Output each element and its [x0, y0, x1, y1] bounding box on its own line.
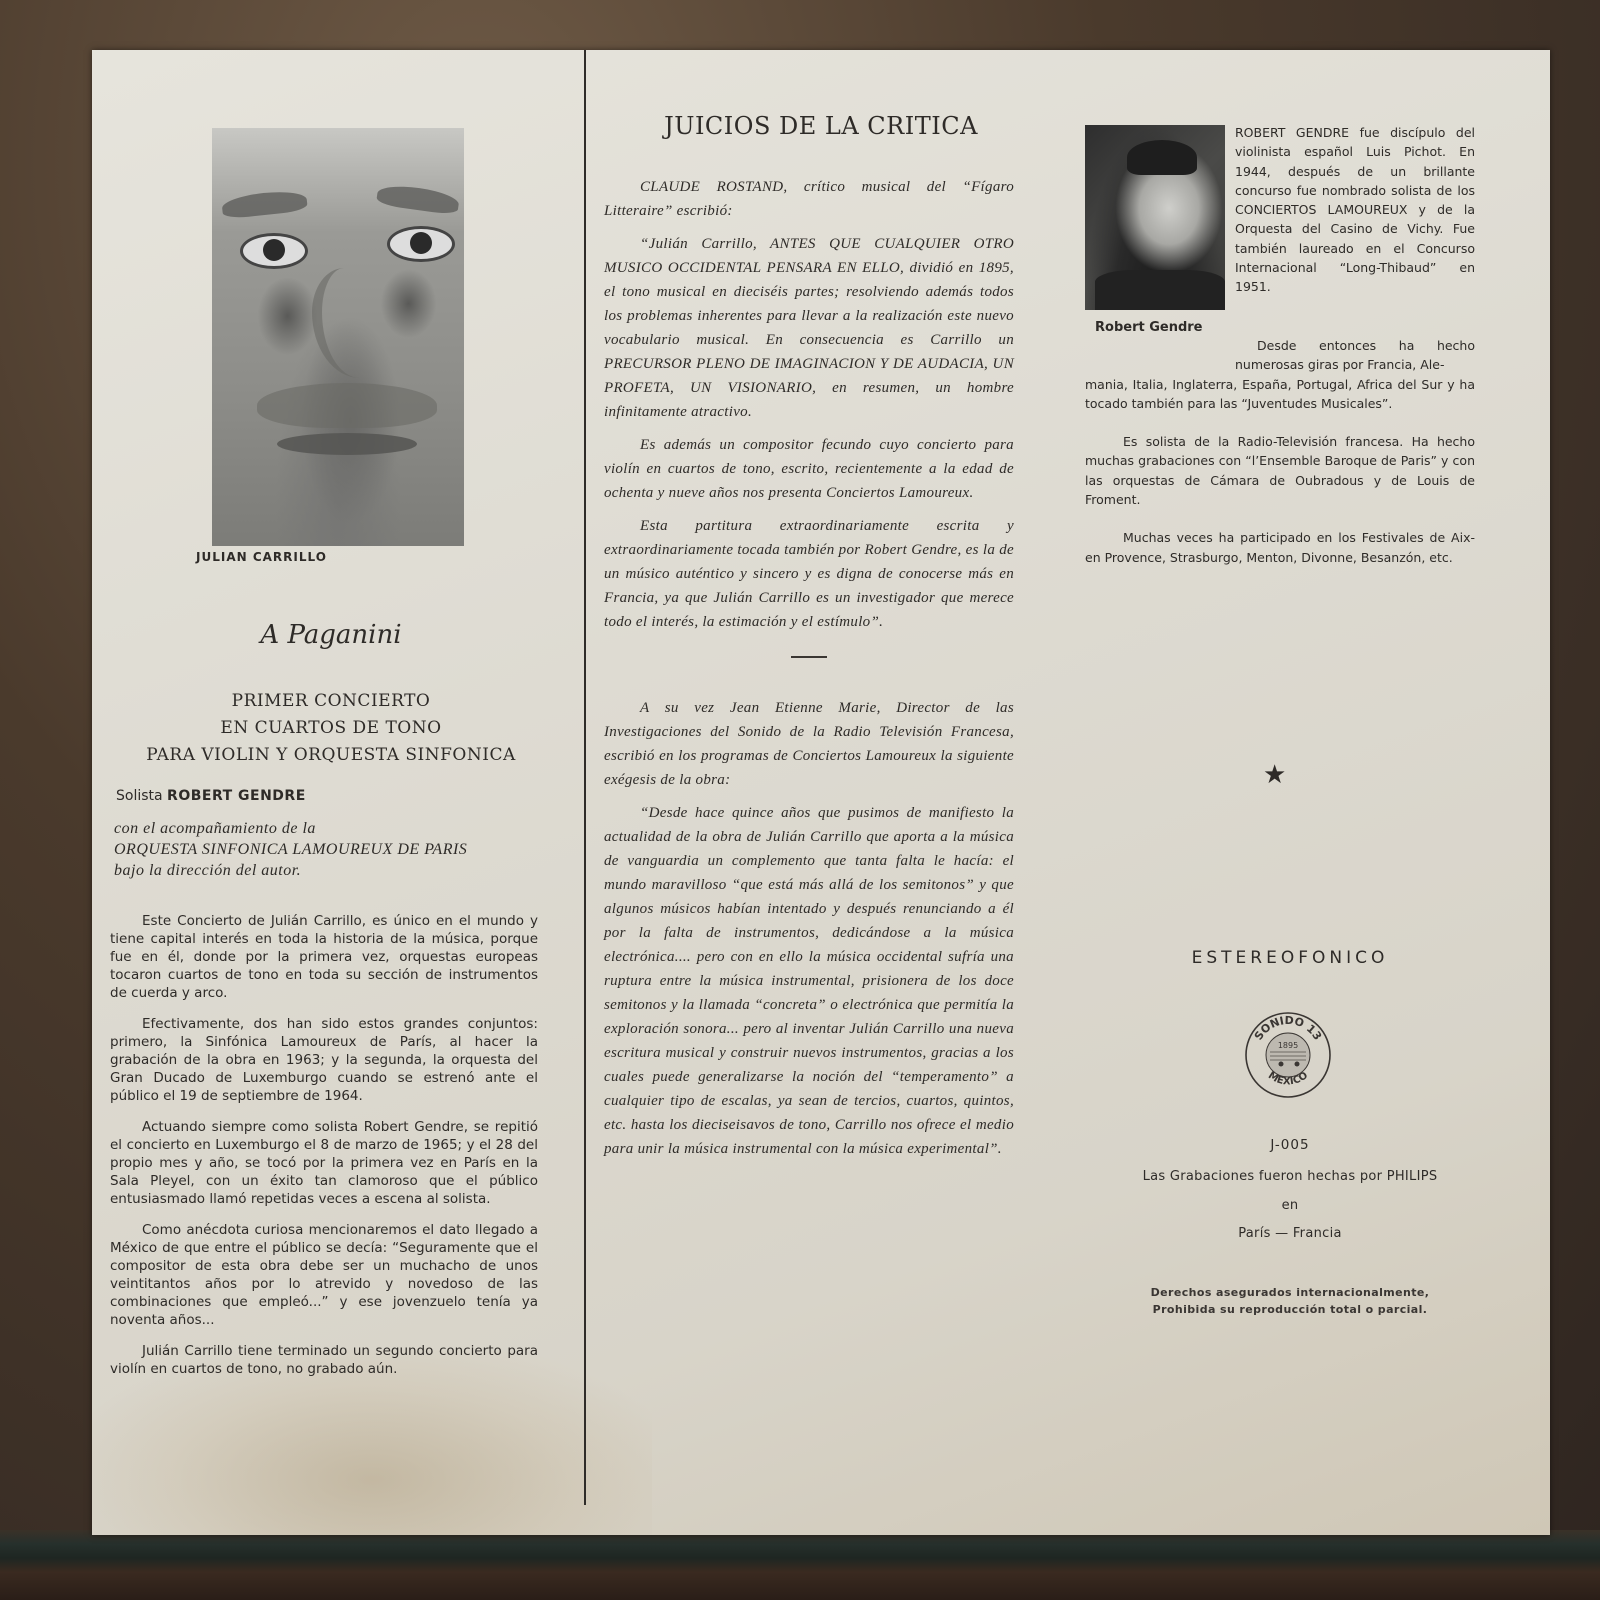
accompaniment-line: con el acompañamiento de la	[114, 818, 467, 839]
format-label: ESTEREOFONICO	[1085, 948, 1495, 968]
table-surface	[0, 1530, 1600, 1600]
julian-carrillo-portrait	[212, 128, 464, 546]
rights-line: Derechos asegurados internacionalmente,	[1085, 1284, 1495, 1301]
left-column: JULIAN CARRILLO A Paganini PRIMER CONCIE…	[92, 50, 582, 1500]
critics-title: JUICIOS DE LA CRITICA	[586, 112, 1056, 140]
dedication-title: A Paganini	[92, 620, 570, 650]
paragraph: Es además un compositor fecundo cuyo con…	[604, 433, 1014, 505]
paragraph: “Desde hace quince años que pusimos de m…	[604, 801, 1014, 1161]
recording-line: Las Grabaciones fueron hechas por PHILIP…	[1085, 1163, 1495, 1192]
robert-gendre-photo	[1085, 125, 1225, 310]
recording-credit: Las Grabaciones fueron hechas por PHILIP…	[1085, 1163, 1495, 1249]
paragraph: mania, Italia, Inglaterra, España, Portu…	[1085, 375, 1475, 414]
accompaniment-credit: con el acompañamiento de la ORQUESTA SIN…	[114, 818, 467, 881]
star-icon: ★	[1263, 762, 1286, 788]
biography: Desde entonces ha hecho numerosas giras …	[1085, 336, 1475, 586]
sonido-13-logo-icon: SONIDO 13 1895 MEXICO	[1243, 1010, 1333, 1100]
photo-caption: Robert Gendre	[1095, 320, 1203, 335]
soloist-credit: Solista ROBERT GENDRE	[116, 788, 306, 804]
paragraph: Desde entonces ha hecho numerosas giras …	[1235, 336, 1475, 375]
copyright-notice: Derechos asegurados internacionalmente, …	[1085, 1284, 1495, 1318]
record-sleeve-back: JULIAN CARRILLO A Paganini PRIMER CONCIE…	[92, 50, 1550, 1535]
paragraph: Como anécdota curiosa mencionaremos el d…	[110, 1221, 538, 1329]
paragraph: Este Concierto de Julián Carrillo, es ún…	[110, 912, 538, 1002]
liner-notes: Este Concierto de Julián Carrillo, es ún…	[110, 912, 538, 1391]
paragraph: Efectivamente, dos han sido estos grande…	[110, 1015, 538, 1105]
work-title-line: PRIMER CONCIERTO	[92, 688, 570, 715]
work-title-line: EN CUARTOS DE TONO	[92, 715, 570, 742]
rights-line: Prohibida su reproducción total o parcia…	[1085, 1301, 1495, 1318]
soloist-label: Solista	[116, 788, 163, 804]
soloist-name: ROBERT GENDRE	[167, 788, 306, 804]
portrait-caption: JULIAN CARRILLO	[196, 550, 327, 564]
paragraph: CLAUDE ROSTAND, crítico musical del “Fíg…	[604, 175, 1014, 223]
critics-reviews: CLAUDE ROSTAND, crítico musical del “Fíg…	[604, 175, 1014, 1170]
paragraph: Muchas veces ha participado en los Festi…	[1085, 528, 1475, 567]
work-title-line: PARA VIOLIN Y ORQUESTA SINFONICA	[92, 742, 570, 769]
catalog-number: J-005	[1085, 1137, 1495, 1153]
work-title: PRIMER CONCIERTO EN CUARTOS DE TONO PARA…	[92, 688, 570, 769]
paragraph: “Julián Carrillo, ANTES QUE CUALQUIER OT…	[604, 232, 1014, 424]
section-separator	[791, 656, 827, 658]
biography-intro: ROBERT GENDRE fue discípulo del violinis…	[1235, 123, 1475, 297]
paragraph: A su vez Jean Etienne Marie, Director de…	[604, 696, 1014, 792]
middle-column: JUICIOS DE LA CRITICA CLAUDE ROSTAND, cr…	[586, 50, 1056, 1500]
right-column: Robert Gendre ROBERT GENDRE fue discípul…	[1085, 50, 1505, 1500]
paragraph: Es solista de la Radio-Televisión france…	[1085, 432, 1475, 509]
accompaniment-line: ORQUESTA SINFONICA LAMOUREUX DE PARIS	[114, 839, 467, 860]
paragraph: Esta partitura extraordinariamente escri…	[604, 514, 1014, 634]
paragraph: Julián Carrillo tiene terminado un segun…	[110, 1342, 538, 1378]
paragraph: Actuando siempre como solista Robert Gen…	[110, 1118, 538, 1208]
accompaniment-line: bajo la dirección del autor.	[114, 860, 467, 881]
recording-line: en	[1085, 1192, 1495, 1221]
recording-line: París — Francia	[1085, 1220, 1495, 1249]
svg-text:1895: 1895	[1278, 1041, 1298, 1050]
